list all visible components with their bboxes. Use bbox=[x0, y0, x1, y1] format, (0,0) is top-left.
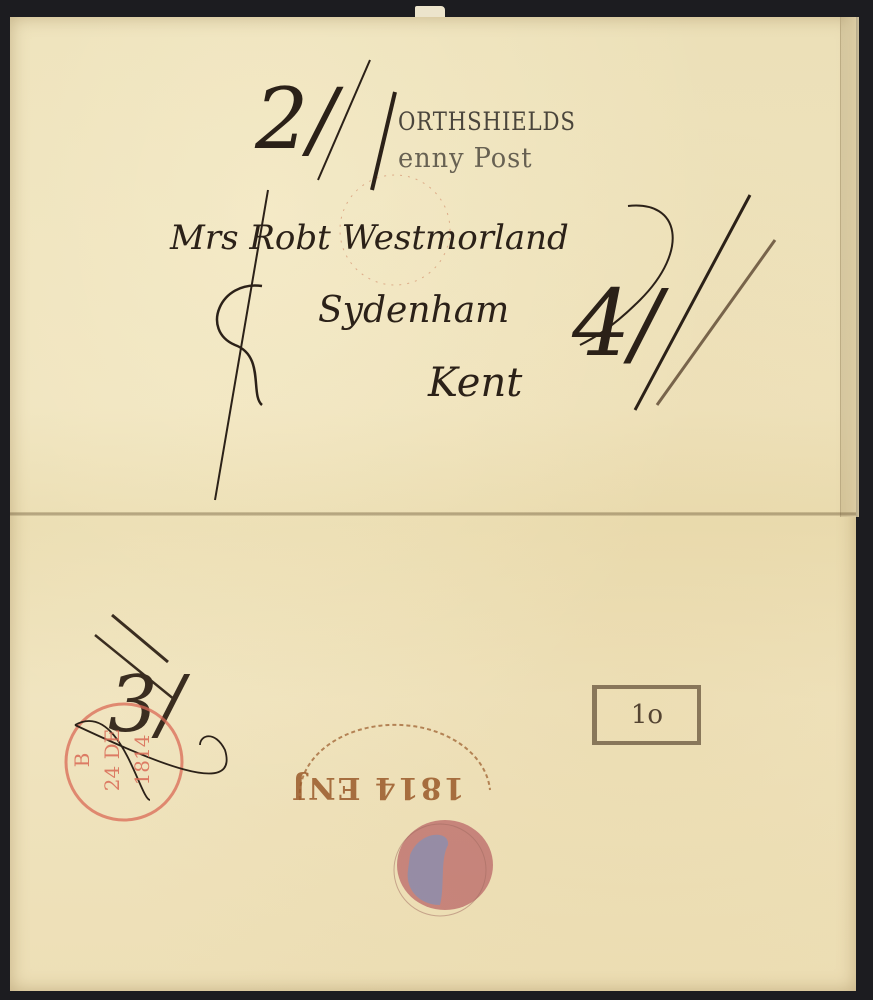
ink-strokes-layer bbox=[0, 0, 873, 1000]
boxed-handstamp: 1o bbox=[592, 685, 701, 745]
red-datestamp: B 24 DE 1814 bbox=[67, 705, 187, 815]
rate-stroke bbox=[372, 92, 395, 190]
red-datestamp-day: 24 bbox=[100, 766, 124, 791]
wax-seal-residue bbox=[394, 820, 493, 916]
red-datestamp-year: 1814 bbox=[127, 705, 157, 815]
red-datestamp-top: B bbox=[67, 705, 97, 815]
rate-stroke bbox=[318, 60, 370, 180]
arc-datestamp: 1814 ENJ bbox=[290, 770, 464, 805]
red-datestamp-month: DE bbox=[100, 729, 124, 760]
